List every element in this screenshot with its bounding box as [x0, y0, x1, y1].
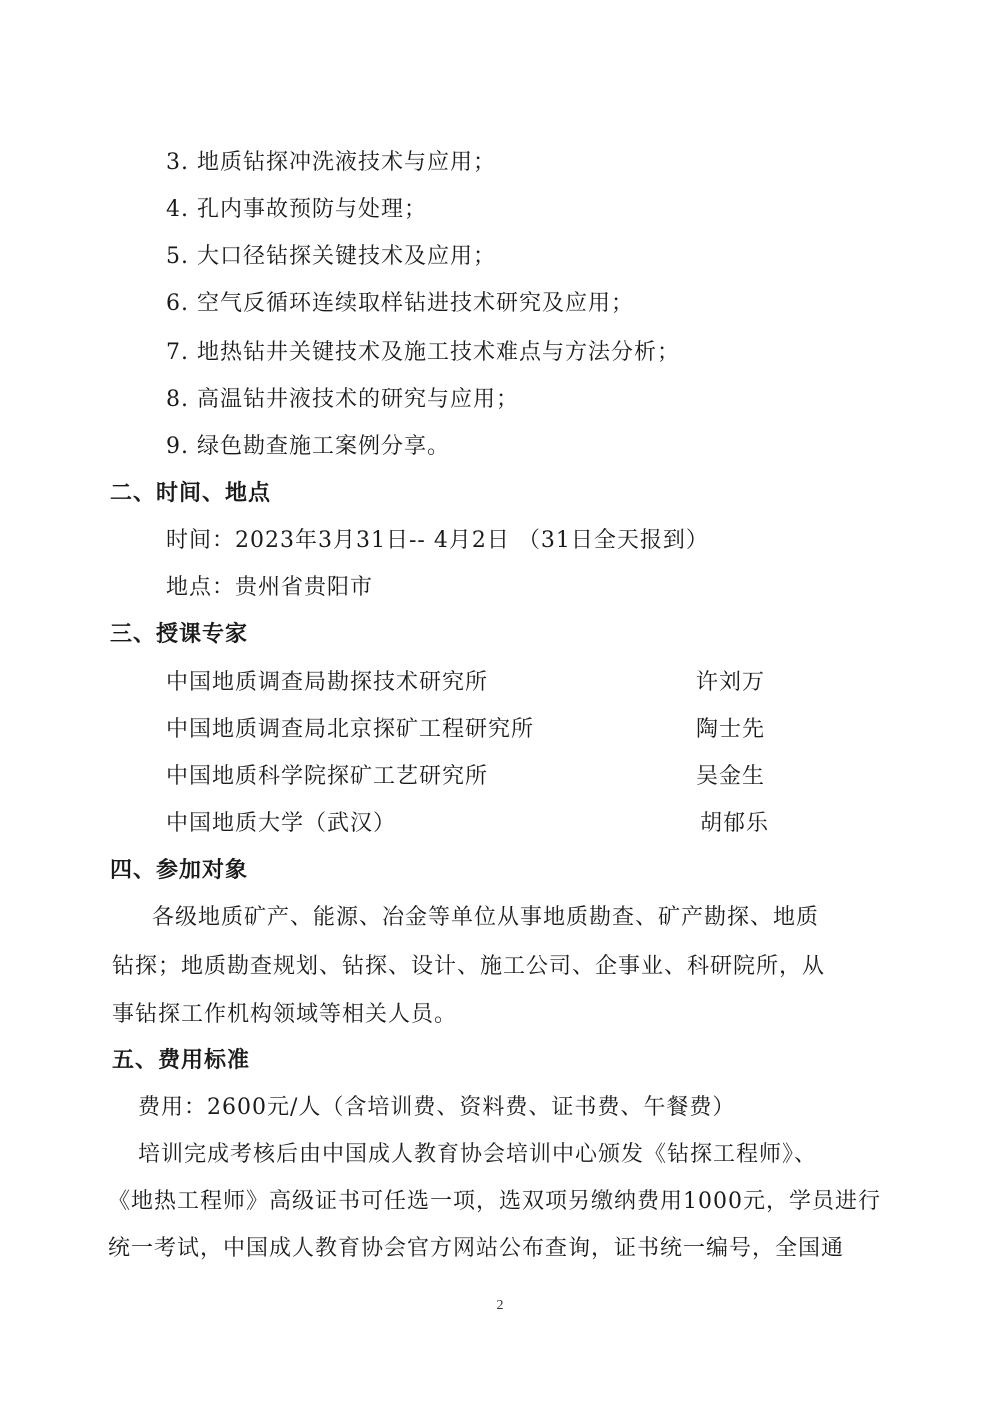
expert-org: 中国地质大学（武汉）	[166, 809, 396, 839]
event-location: 地点：贵州省贵阳市	[166, 573, 373, 603]
expert-org: 中国地质调查局勘探技术研究所	[166, 668, 488, 698]
certificate-paragraph-line: 统一考试，中国成人教育协会官方网站公布查询，证书统一编号，全国通	[108, 1234, 844, 1264]
section-heading-time-location: 二、时间、地点	[110, 479, 271, 509]
topic-item-9: 9. 绿色勘查施工案例分享。	[166, 432, 450, 462]
section-heading-experts: 三、授课专家	[110, 620, 248, 650]
certificate-paragraph-line: 《地热工程师》高级证书可任选一项，选双项另缴纳费用1000元，学员进行	[108, 1187, 881, 1217]
page-number: 2	[0, 1298, 1000, 1314]
expert-name: 胡郁乐	[700, 809, 769, 839]
topic-item-4: 4. 孔内事故预防与处理；	[166, 195, 427, 225]
topic-item-5: 5. 大口径钻探关键技术及应用；	[166, 242, 496, 272]
topic-item-8: 8. 高温钻井液技术的研究与应用；	[166, 385, 519, 415]
section-heading-fees: 五、费用标准	[112, 1046, 250, 1076]
participants-paragraph-line: 事钻探工作机构领域等相关人员。	[112, 1000, 457, 1030]
expert-name: 陶士先	[696, 715, 765, 745]
expert-name: 许刘万	[696, 668, 765, 698]
expert-org: 中国地质调查局北京探矿工程研究所	[166, 715, 534, 745]
certificate-paragraph-line: 培训完成考核后由中国成人教育协会培训中心颁发《钻探工程师》、	[138, 1140, 817, 1170]
expert-name: 吴金生	[696, 762, 765, 792]
topic-item-6: 6. 空气反循环连续取样钻进技术研究及应用；	[166, 289, 634, 319]
expert-org: 中国地质科学院探矿工艺研究所	[166, 762, 488, 792]
participants-paragraph-line: 各级地质矿产、能源、冶金等单位从事地质勘查、矿产勘探、地质	[152, 903, 819, 933]
section-heading-participants: 四、参加对象	[110, 856, 248, 886]
topic-item-3: 3. 地质钻探冲洗液技术与应用；	[166, 148, 496, 178]
fee-amount: 费用：2600元/人（含培训费、资料费、证书费、午餐费）	[138, 1093, 735, 1123]
topic-item-7: 7. 地热钻井关键技术及施工技术难点与方法分析；	[166, 338, 680, 368]
event-time: 时间：2023年3月31日-- 4月2日 （31日全天报到）	[166, 526, 709, 556]
participants-paragraph-line: 钻探；地质勘查规划、钻探、设计、施工公司、企事业、科研院所，从	[112, 952, 825, 982]
